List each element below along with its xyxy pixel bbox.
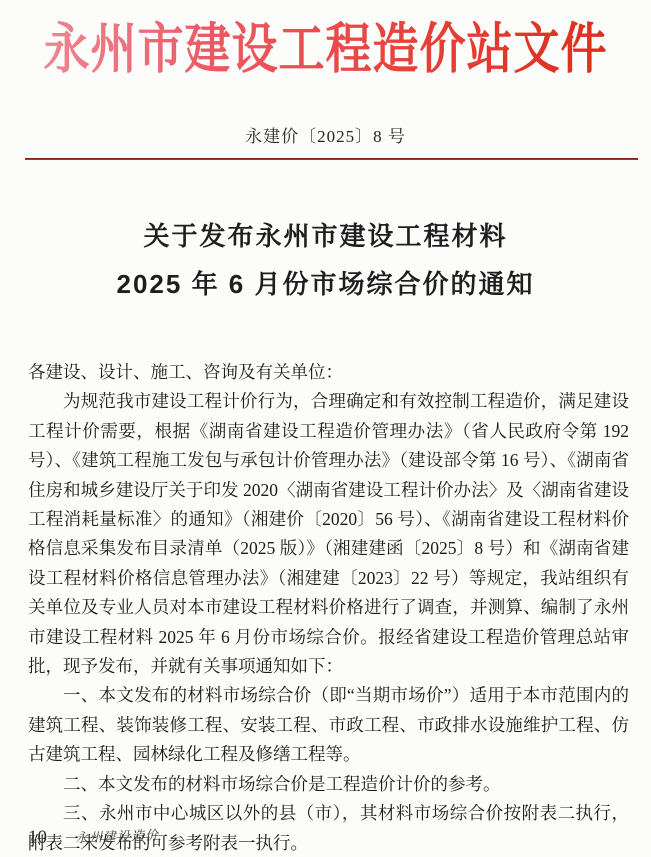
paragraph-item-2: 二、本文发布的材料市场综合价是工程造价计价的参考。 (28, 770, 629, 799)
paragraph-basis: 为规范我市建设工程计价行为，合理确定和有效控制工程造价，满足建设工程计价需要，根… (28, 387, 629, 681)
notice-body: 各建设、设计、施工、咨询及有关单位： 为规范我市建设工程计价行为，合理确定和有效… (28, 358, 629, 857)
red-divider (25, 158, 638, 160)
document-page: 永州市建设工程造价站文件 永建价〔2025〕8 号 关于发布永州市建设工程材料 … (0, 0, 651, 857)
footer-logo-text: 永州建设造价 (75, 825, 160, 847)
page-footer: 10 永州建设造价 (28, 827, 159, 849)
page-number: 10 (28, 827, 47, 849)
notice-title-line2: 2025 年 6 月份市场综合价的通知 (0, 260, 651, 308)
masthead-title: 永州市建设工程造价站文件 (44, 6, 608, 84)
notice-title-line1: 关于发布永州市建设工程材料 (0, 212, 651, 260)
paragraph-item-1: 一、本文发布的材料市场综合价（即“当期市场价”）适用于本市范围内的建筑工程、装饰… (28, 681, 629, 769)
document-number: 永建价〔2025〕8 号 (0, 122, 651, 147)
notice-title: 关于发布永州市建设工程材料 2025 年 6 月份市场综合价的通知 (0, 212, 651, 308)
salutation: 各建设、设计、施工、咨询及有关单位： (28, 358, 629, 387)
masthead: 永州市建设工程造价站文件 (0, 6, 651, 72)
